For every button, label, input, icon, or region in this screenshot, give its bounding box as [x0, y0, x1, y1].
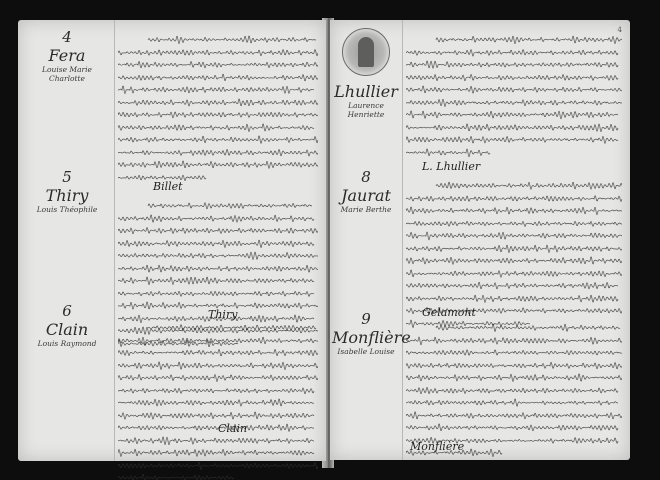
handwritten-line: [406, 203, 622, 216]
entry-margin-label: 5 Thiry Louis Théophile: [24, 168, 110, 214]
handwritten-line: [406, 82, 622, 95]
handwritten-line: [406, 345, 622, 358]
handwritten-line: [406, 216, 622, 229]
entry-surname: Lhullier: [332, 82, 400, 101]
entry-given-names: Louise Marie Charlotte: [24, 65, 110, 83]
handwritten-line: [406, 358, 622, 371]
handwritten-line: [118, 95, 318, 108]
handwritten-line: [406, 333, 622, 346]
entry-number: 5: [24, 168, 110, 186]
handwritten-line: [118, 445, 318, 458]
handwritten-line: [118, 320, 318, 333]
handwritten-line: [406, 408, 622, 421]
handwritten-line: [118, 383, 318, 396]
entry-text-block: [118, 320, 318, 480]
entry-surname: Fera: [24, 46, 110, 65]
handwritten-line: [118, 223, 318, 236]
entry-number: 6: [24, 302, 110, 320]
handwritten-line: [406, 132, 622, 145]
handwritten-line: [406, 70, 622, 83]
entry-given-names: Louis Raymond: [24, 339, 110, 348]
entry-number: 4: [24, 28, 110, 46]
handwritten-line: [118, 370, 318, 383]
handwritten-line: [118, 470, 318, 480]
right-page: 4 Lhullier Laurence Henriette L. Lhullie…: [330, 20, 630, 460]
handwritten-line: [406, 120, 622, 133]
handwritten-line: [406, 178, 622, 191]
handwritten-line: [118, 132, 318, 145]
handwritten-line: [406, 320, 622, 333]
handwritten-line: [118, 198, 318, 211]
margin-rule: [402, 20, 403, 460]
handwritten-line: [406, 32, 622, 45]
handwritten-line: [406, 95, 622, 108]
handwritten-line: [118, 408, 318, 421]
entry-text-block: [406, 320, 622, 458]
handwritten-line: [118, 286, 318, 299]
left-page: 4 Fera Louise Marie Charlotte Billet 5 T…: [18, 20, 326, 461]
entry-surname: Jaurat: [332, 186, 400, 205]
entry-surname: Monflière: [332, 328, 400, 347]
signature: Clain: [218, 422, 247, 435]
handwritten-line: [118, 273, 318, 286]
entry-number: 9: [332, 310, 400, 328]
entry-text-block: [406, 32, 622, 157]
handwritten-line: [406, 383, 622, 396]
handwritten-line: [118, 236, 318, 249]
handwritten-line: [118, 45, 318, 58]
handwritten-line: [406, 266, 622, 279]
entry-surname: Clain: [24, 320, 110, 339]
entry-margin-label: 4 Fera Louise Marie Charlotte: [24, 28, 110, 83]
handwritten-line: [118, 170, 318, 183]
signature: Monflière: [410, 440, 464, 453]
handwritten-line: [118, 32, 318, 45]
signature: Billet: [153, 180, 183, 193]
handwritten-line: [406, 370, 622, 383]
handwritten-line: [118, 261, 318, 274]
handwritten-line: [406, 45, 622, 58]
handwritten-line: [118, 70, 318, 83]
handwritten-line: [406, 107, 622, 120]
entry-margin-label: Lhullier Laurence Henriette: [332, 82, 400, 119]
handwritten-line: [118, 120, 318, 133]
entry-margin-label: 8 Jaurat Marie Berthe: [332, 168, 400, 214]
handwritten-line: [118, 211, 318, 224]
handwritten-line: [406, 191, 622, 204]
handwritten-line: [118, 57, 318, 70]
entry-margin-label: 9 Monflière Isabelle Louise: [332, 310, 400, 356]
entry-number: 8: [332, 168, 400, 186]
handwritten-line: [406, 145, 622, 158]
entry-given-names: Laurence Henriette: [332, 101, 400, 119]
signature: L. Lhullier: [422, 160, 480, 173]
handwritten-line: [406, 291, 622, 304]
handwritten-line: [118, 107, 318, 120]
handwritten-line: [118, 345, 318, 358]
handwritten-line: [118, 395, 318, 408]
handwritten-line: [118, 248, 318, 261]
handwritten-line: [118, 82, 318, 95]
entry-given-names: Marie Berthe: [332, 205, 400, 214]
signature: Gelamont: [422, 306, 476, 319]
handwritten-line: [406, 57, 622, 70]
handwritten-line: [118, 358, 318, 371]
handwritten-line: [118, 333, 318, 346]
handwritten-line: [406, 395, 622, 408]
handwritten-line: [406, 253, 622, 266]
handwritten-line: [406, 241, 622, 254]
official-seal-icon: [342, 28, 390, 76]
entry-given-names: Louis Théophile: [24, 205, 110, 214]
entry-margin-label: 6 Clain Louis Raymond: [24, 302, 110, 348]
margin-rule: [114, 20, 115, 461]
handwritten-line: [118, 157, 318, 170]
handwritten-line: [406, 278, 622, 291]
handwritten-line: [118, 458, 318, 471]
entry-surname: Thiry: [24, 186, 110, 205]
entry-given-names: Isabelle Louise: [332, 347, 400, 356]
entry-text-block: [118, 32, 318, 182]
handwritten-line: [406, 228, 622, 241]
handwritten-line: [406, 420, 622, 433]
handwritten-line: [118, 145, 318, 158]
